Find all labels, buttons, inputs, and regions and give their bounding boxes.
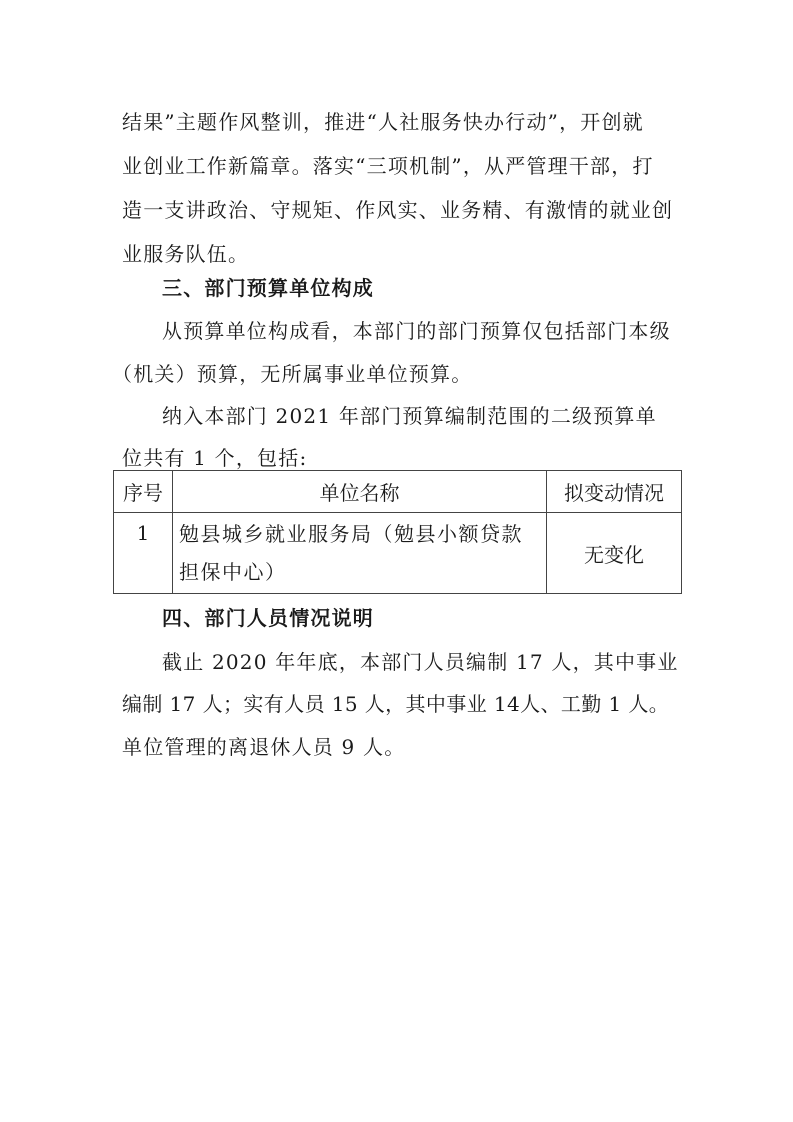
table-row: 1 勉县城乡就业服务局（勉县小额贷款担保中心） 无变化 <box>114 513 682 594</box>
paragraph-line: 截止 2020 年年底，本部门人员编制 17 人，其中事业 <box>162 648 679 676</box>
paragraph-line: 业创业工作新篇章。落实“三项机制”，从严管理干部，打 <box>122 152 654 180</box>
paragraph-line: 单位管理的离退休人员 9 人。 <box>122 733 405 761</box>
section-heading: 三、部门预算单位构成 <box>162 274 374 302</box>
paragraph-line: 纳入本部门 2021 年部门预算编制范围的二级预算单 <box>162 402 657 430</box>
paragraph-line: 造一支讲政治、守规矩、作风实、业务精、有激情的就业创 <box>122 196 673 224</box>
cell-name: 勉县城乡就业服务局（勉县小额贷款担保中心） <box>173 513 547 594</box>
budget-unit-table: 序号 单位名称 拟变动情况 1 勉县城乡就业服务局（勉县小额贷款担保中心） 无变… <box>113 470 682 594</box>
cell-change: 无变化 <box>547 513 682 594</box>
paragraph-line: 从预算单位构成看，本部门的部门预算仅包括部门本级 <box>162 317 671 345</box>
paragraph-line: 位共有 1 个，包括: <box>122 444 307 472</box>
paragraph-line: 业服务队伍。 <box>122 240 249 268</box>
section-heading: 四、部门人员情况说明 <box>162 604 374 632</box>
header-change: 拟变动情况 <box>547 471 682 513</box>
paragraph-line: 结果”主题作风整训，推进“人社服务快办行动”，开创就 <box>122 108 644 136</box>
cell-no: 1 <box>114 513 173 594</box>
paragraph-line: 编制 17 人；实有人员 15 人，其中事业 14人、工勤 1 人。 <box>122 690 669 718</box>
paragraph-line: （机关）预算，无所属事业单位预算。 <box>112 360 472 388</box>
header-no: 序号 <box>114 471 173 513</box>
header-name: 单位名称 <box>173 471 547 513</box>
table-header-row: 序号 单位名称 拟变动情况 <box>114 471 682 513</box>
